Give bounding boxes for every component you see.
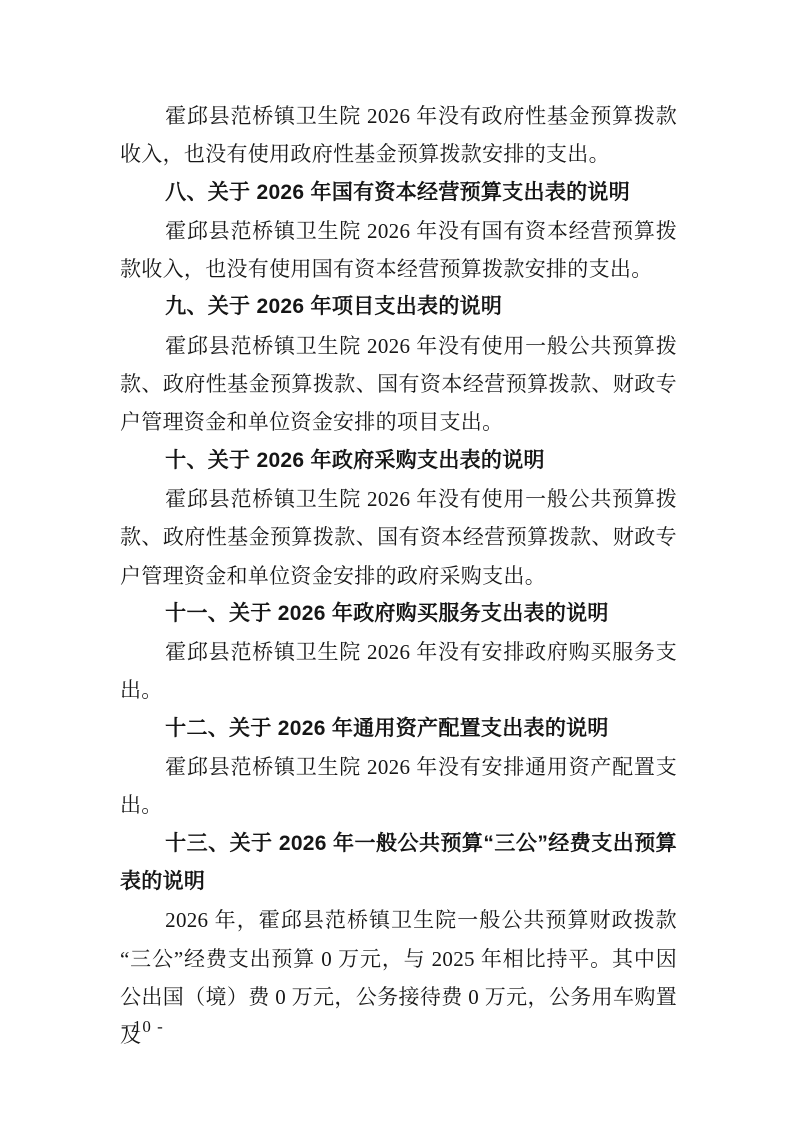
document-page: 霍邱县范桥镇卫生院 2026 年没有政府性基金预算拨款收入，也没有使用政府性基金… [0, 0, 793, 1122]
document-body: 霍邱县范桥镇卫生院 2026 年没有政府性基金预算拨款收入，也没有使用政府性基金… [120, 97, 677, 1054]
page-number: - 10 - [121, 1015, 164, 1039]
paragraph-project-expenditure: 霍邱县范桥镇卫生院 2026 年没有使用一般公共预算拨款、政府性基金预算拨款、国… [120, 327, 677, 442]
paragraph-gov-fund-budget: 霍邱县范桥镇卫生院 2026 年没有政府性基金预算拨款收入，也没有使用政府性基金… [120, 97, 677, 174]
heading-section-13-three-public-funds: 十三、关于 2026 年一般公共预算“三公”经费支出预算表的说明 [120, 825, 677, 902]
paragraph-three-public-funds: 2026 年，霍邱县范桥镇卫生院一般公共预算财政拨款“三公”经费支出预算 0 万… [120, 901, 677, 1054]
heading-section-12-general-asset-allocation: 十二、关于 2026 年通用资产配置支出表的说明 [120, 710, 677, 748]
paragraph-general-asset-allocation: 霍邱县范桥镇卫生院 2026 年没有安排通用资产配置支出。 [120, 748, 677, 825]
heading-section-9-project-expenditure: 九、关于 2026 年项目支出表的说明 [120, 288, 677, 326]
paragraph-gov-procurement: 霍邱县范桥镇卫生院 2026 年没有使用一般公共预算拨款、政府性基金预算拨款、国… [120, 480, 677, 595]
heading-section-11-gov-purchased-services: 十一、关于 2026 年政府购买服务支出表的说明 [120, 595, 677, 633]
heading-section-10-gov-procurement: 十、关于 2026 年政府采购支出表的说明 [120, 442, 677, 480]
heading-section-8-state-capital: 八、关于 2026 年国有资本经营预算支出表的说明 [120, 174, 677, 212]
paragraph-gov-purchased-services: 霍邱县范桥镇卫生院 2026 年没有安排政府购买服务支出。 [120, 633, 677, 710]
paragraph-state-capital: 霍邱县范桥镇卫生院 2026 年没有国有资本经营预算拨款收入，也没有使用国有资本… [120, 212, 677, 289]
